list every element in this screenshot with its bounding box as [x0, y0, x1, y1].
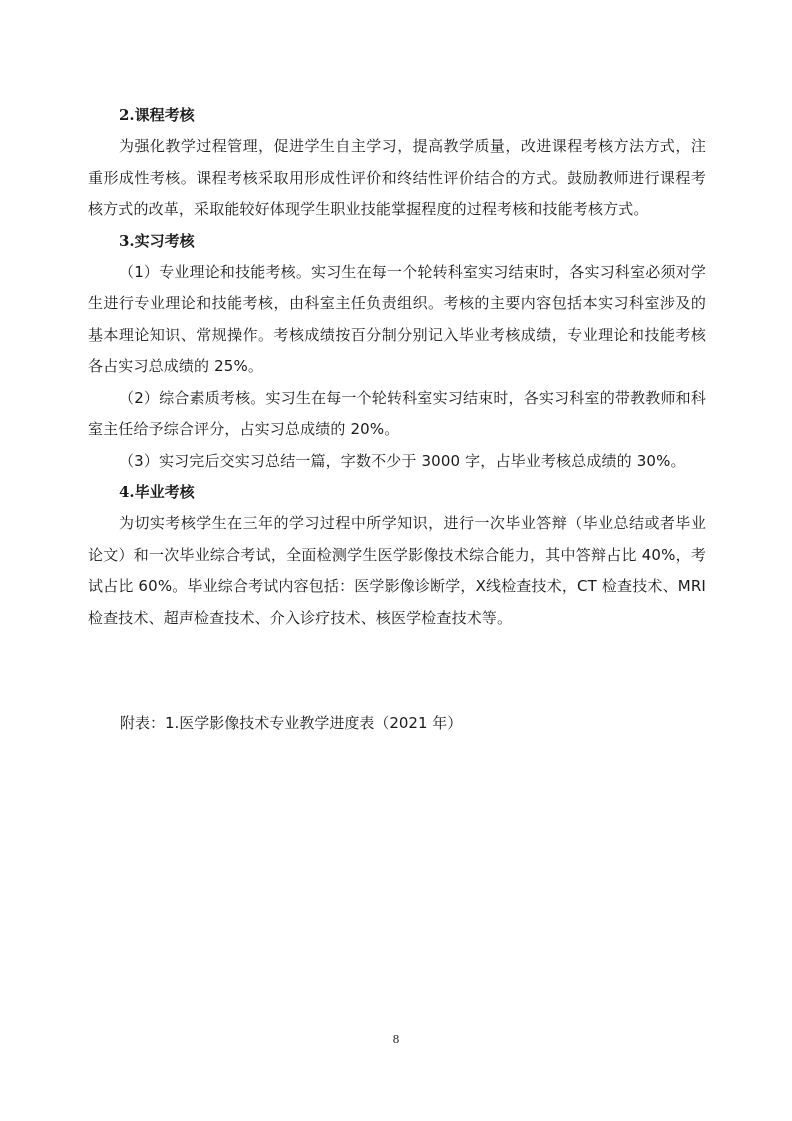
section-heading-internship-assessment: 3.实习考核: [88, 226, 706, 257]
document-body: 2.课程考核 为强化教学过程管理，促进学生自主学习，提高教学质量，改进课程考核方…: [88, 100, 706, 634]
paragraph-graduation-assessment: 为切实考核学生在三年的学习过程中所学知识，进行一次毕业答辩（毕业总结或者毕业论文…: [88, 508, 706, 634]
paragraph-internship-comprehensive-quality: （2）综合素质考核。实习生在每一个轮转科室实习结束时，各实习科室的带教教师和科室…: [88, 383, 706, 446]
page-number: 8: [0, 1033, 792, 1046]
paragraph-course-assessment: 为强化教学过程管理，促进学生自主学习，提高教学质量，改进课程考核方法方式，注重形…: [88, 131, 706, 226]
appendix-note: 附表：1.医学影像技术专业教学进度表（2021 年）: [120, 708, 462, 739]
section-heading-graduation-assessment: 4.毕业考核: [88, 477, 706, 508]
section-heading-course-assessment: 2.课程考核: [88, 100, 706, 131]
paragraph-internship-theory-skills: （1）专业理论和技能考核。实习生在每一个轮转科室实习结束时，各实习科室必须对学生…: [88, 257, 706, 383]
paragraph-internship-summary: （3）实习完后交实习总结一篇，字数不少于 3000 字，占毕业考核总成绩的 30…: [88, 446, 706, 478]
